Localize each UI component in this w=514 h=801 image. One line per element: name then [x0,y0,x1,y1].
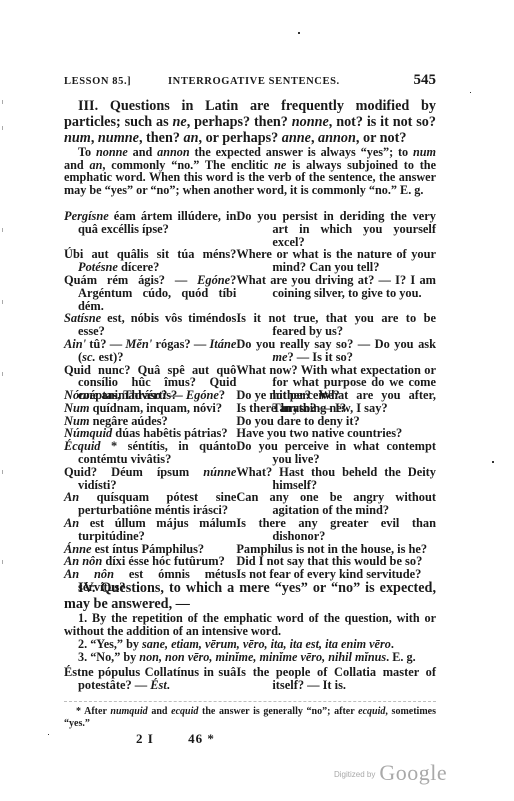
english-translation: What? Hast thou beheld the Deity himself… [236,466,436,492]
example-pair: Satísne est, nóbis vôs timéndos esse?Is … [64,312,436,338]
examples-group-3: Éstne pópulus Collatínus in suâ potestât… [64,666,436,692]
latin-sentence: Ain' tû? — Mĕn' rógas? — Itáne (sc. est)… [64,338,236,364]
latin-sentence: An est úllum május málum turpitúdine? [64,517,236,543]
example-pair: An est úllum május málum turpitúdine?Is … [64,517,436,543]
printer-signature: 2 I 46 * [136,731,245,747]
example-pair: Úbi aut quâlis sit túa méns? Potésne díc… [64,248,436,274]
english-translation: Can any one be angry without agitation o… [236,491,436,517]
examples-group-1: Pergísne éam ártem illúdere, in quâ excé… [64,210,436,415]
book-page: LESSON 85.] INTERROGATIVE SENTENCES. 545… [64,0,436,801]
english-translation: Do you persist in deriding the very art … [236,210,436,248]
english-translation: What are you driving at? — I? I am coini… [236,274,436,312]
lesson-label: LESSON 85.] [64,76,131,87]
scan-speck [298,32,300,34]
latin-sentence: Écquid * séntítis, in quánto contémtu vi… [64,440,236,466]
latin-sentence: Pergísne éam ártem illúdere, in quâ excé… [64,210,236,248]
latin-sentence: An quísquam pótest sine perturbatiône mé… [64,491,236,517]
latin-sentence: Satísne est, nóbis vôs timéndos esse? [64,312,236,338]
scan-speck [492,461,494,463]
latin-sentence: Quid? Déum ípsum núnne vidísti? [64,466,236,492]
page-number: 545 [414,72,437,89]
english-translation: Where or what is the nature of your mind… [236,248,436,274]
margin-mark [2,228,3,232]
google-logo: Google [379,760,447,785]
latin-sentence: Éstne pópulus Collatínus in suâ potestât… [64,666,236,692]
margin-mark [2,300,3,304]
english-translation: Do you really say so? — Do you ask me? —… [236,338,436,364]
note-paragraph: To nonne and annon the expected answer i… [64,146,436,196]
digitized-watermark: Digitized by Google [334,760,447,786]
margin-mark [2,560,3,564]
english-translation: Is the people of Collatia master of itse… [236,666,436,692]
examples-group-2: Nónne animadvértis?Do ye not perceive?Nu… [64,389,436,594]
latin-sentence: Quám rém ágis? — Egóne? Argéntum cúdo, q… [64,274,236,312]
example-pair: Quid? Déum ípsum núnne vidísti?What? Has… [64,466,436,492]
footnote-divider [64,701,436,702]
running-head: LESSON 85.] INTERROGATIVE SENTENCES. 545 [64,74,436,92]
rule-item: 1. By the repetition of the emphatic wor… [64,612,436,638]
signature-right: 46 * [188,731,215,746]
scan-speck [48,734,49,735]
section-iv-numeral: IV. [64,580,95,596]
margin-mark [2,100,3,104]
english-translation: Is it not true, that you are to be feare… [236,312,436,338]
example-pair: Éstne pópulus Collatínus in suâ potestât… [64,666,436,692]
rule-item: 2. “Yes,” by sane, etiam, vērum, vēro, i… [64,638,436,651]
example-pair: Quám rém ágis? — Egóne? Argéntum cúdo, q… [64,274,436,312]
english-translation: Do you perceive in what contempt you liv… [236,440,436,466]
english-translation: Is there any greater evil than dishonor? [236,517,436,543]
example-pair: An quísquam pótest sine perturbatiône mé… [64,491,436,517]
margin-mark [2,470,3,474]
signature-left: 2 I [136,731,154,746]
rule-item: 3. “No,” by non, non vēro, minĭme, minĭm… [64,651,436,664]
section-iii-paragraph: III. Questions in Latin are frequently m… [64,98,436,146]
latin-sentence: Úbi aut quâlis sit túa méns? Potésne díc… [64,248,236,274]
example-pair: Ain' tû? — Mĕn' rógas? — Itáne (sc. est)… [64,338,436,364]
scan-speck [470,92,471,93]
section-iii-numeral: III. [64,98,98,114]
footnote: * After numquid and ecquid the answer is… [64,706,436,729]
chapter-title: INTERROGATIVE SENTENCES. [168,76,340,87]
margin-mark [2,372,3,376]
example-pair: Pergísne éam ártem illúdere, in quâ excé… [64,210,436,248]
watermark-prefix: Digitized by [334,770,375,779]
example-pair: Écquid * séntítis, in quánto contémtu vi… [64,440,436,466]
section-iv-paragraph: IV. Questions, to which a mere “yes” or … [64,580,436,612]
margin-mark [2,126,3,130]
